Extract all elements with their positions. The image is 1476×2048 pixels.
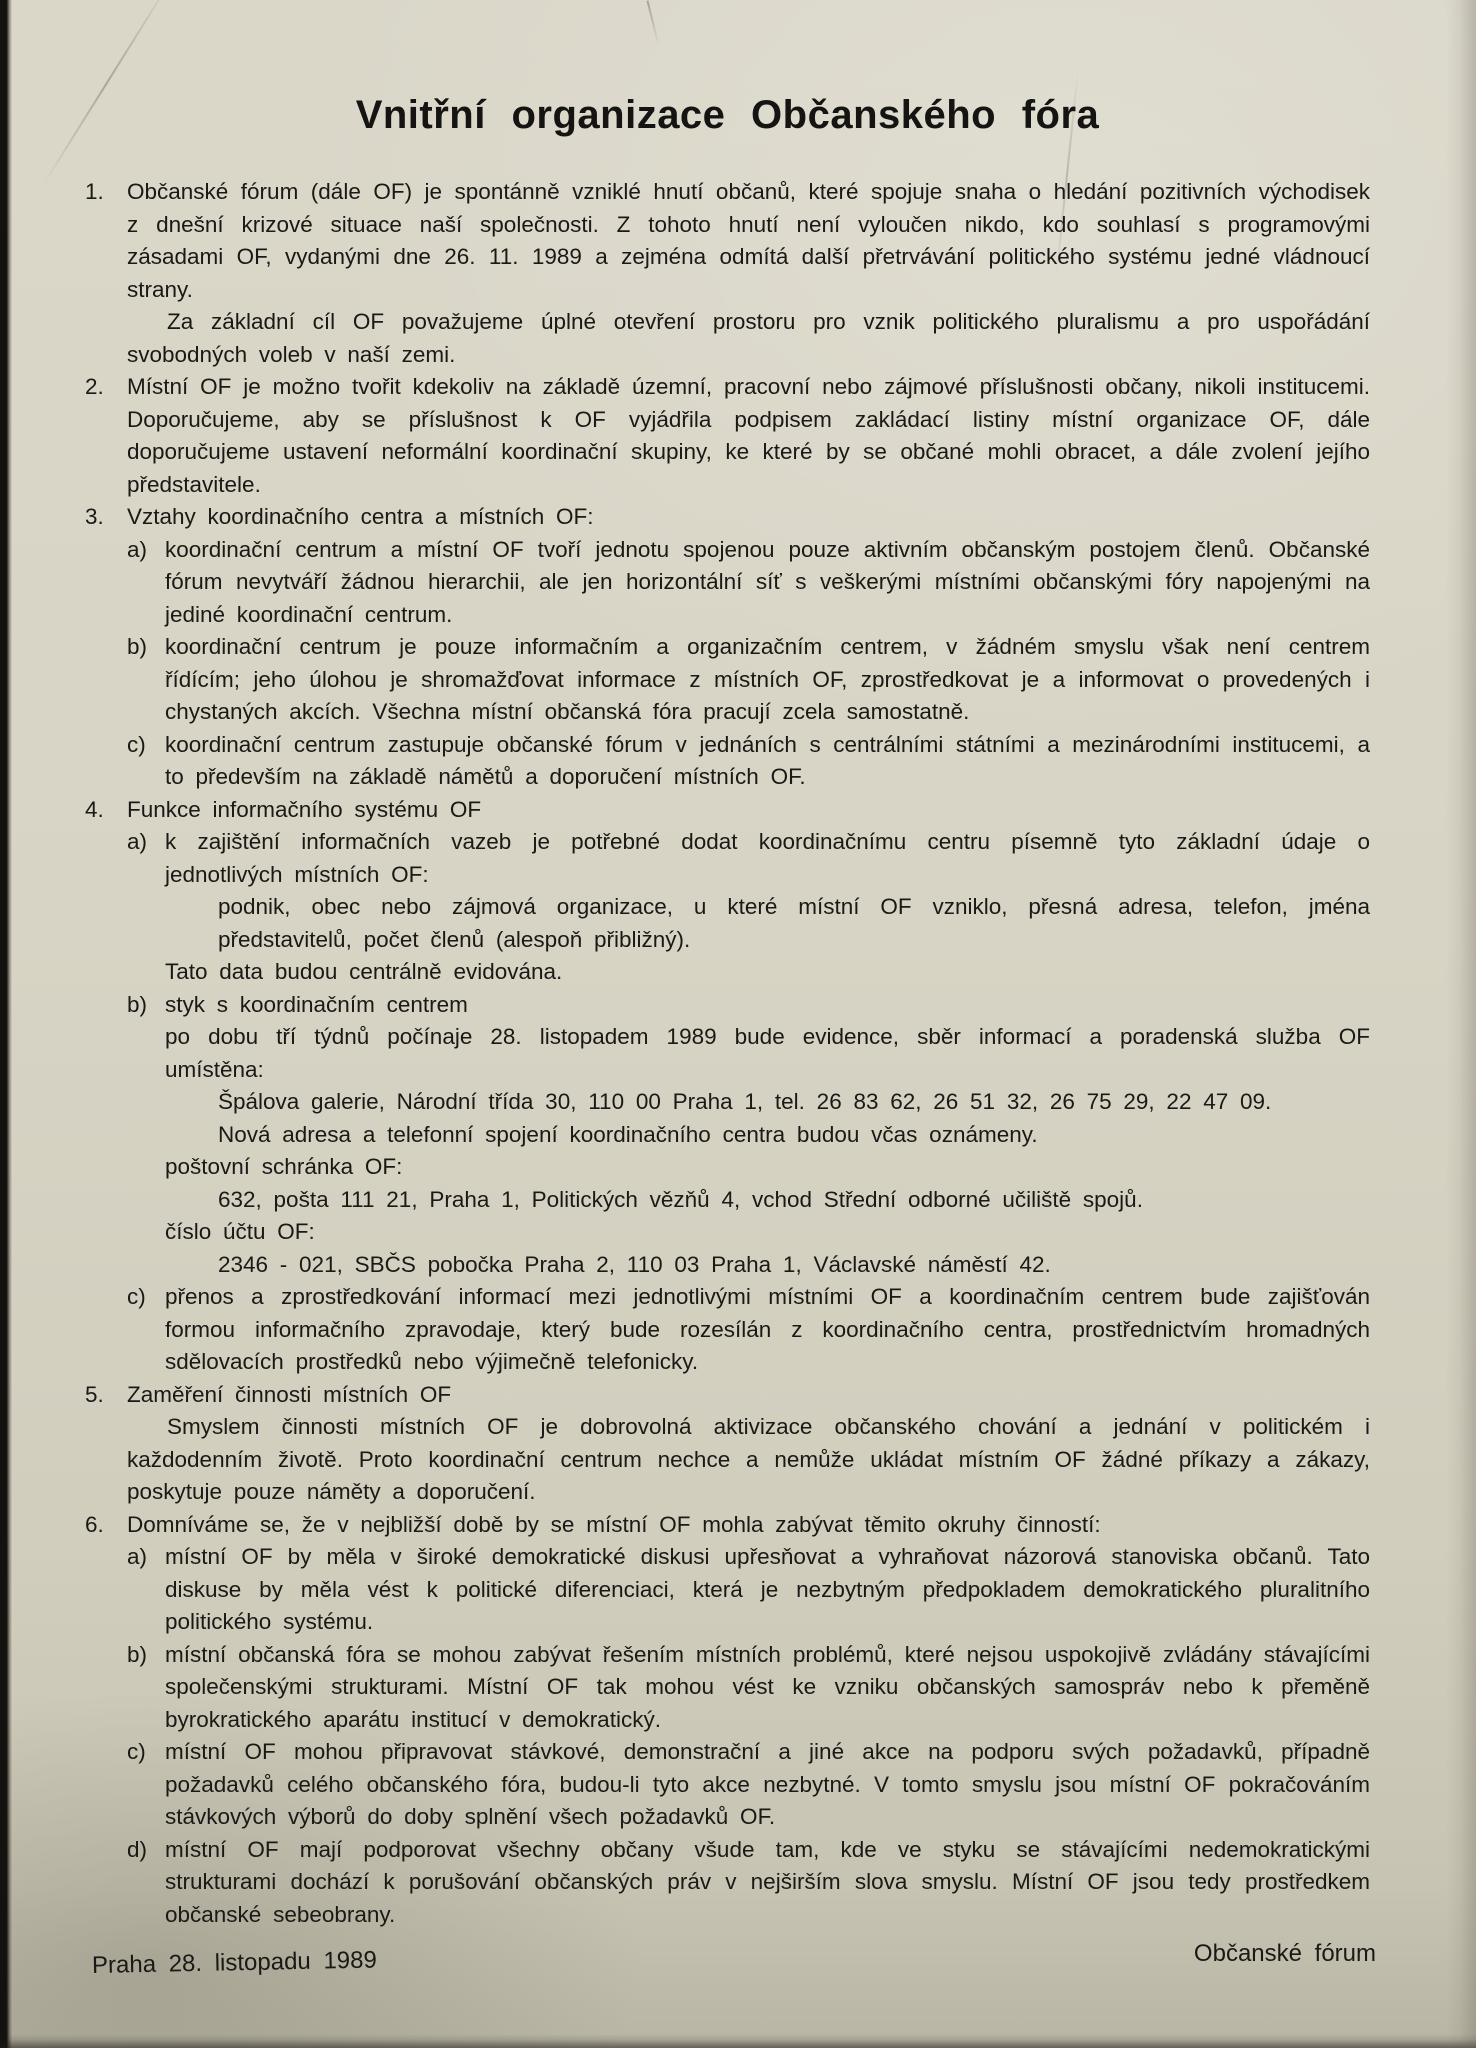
doc-paragraph: po dobu tří týdnů počínaje 28. listopade… <box>85 1021 1370 1086</box>
item-marker: 3. <box>85 501 104 534</box>
scan-edge-right <box>1446 0 1476 2048</box>
paragraph-text: místní OF mají podporovat všechny občany… <box>165 1837 1370 1927</box>
doc-paragraph: Nová adresa a telefonní spojení koordina… <box>85 1119 1370 1152</box>
doc-paragraph: a)k zajištění informačních vazeb je potř… <box>85 826 1370 891</box>
doc-paragraph: 2.Místní OF je možno tvořit kdekoliv na … <box>85 371 1370 501</box>
footer-signature: Občanské fórum <box>1194 1940 1376 1968</box>
doc-paragraph: poštovní schránka OF: <box>85 1151 1370 1184</box>
paper-crease <box>646 0 659 45</box>
item-marker: c) <box>127 729 146 762</box>
paragraph-text: místní občanská fóra se mohou zabývat ře… <box>165 1642 1370 1732</box>
doc-paragraph: 6.Domníváme se, že v nejbližší době by s… <box>85 1509 1370 1542</box>
paragraph-text: koordinační centrum zastupuje občanské f… <box>165 732 1370 790</box>
item-marker: a) <box>127 826 147 859</box>
doc-paragraph: a)místní OF by měla v široké demokratick… <box>85 1541 1370 1639</box>
paragraph-text: Tato data budou centrálně evidována. <box>165 959 562 984</box>
paragraph-text: Vztahy koordinačního centra a místních O… <box>127 504 593 529</box>
doc-paragraph: b)koordinační centrum je pouze informačn… <box>85 631 1370 729</box>
paragraph-text: Funkce informačního systému OF <box>127 797 481 822</box>
doc-paragraph: b)styk s koordinačním centrem <box>85 989 1370 1022</box>
doc-paragraph: 1.Občanské fórum (dále OF) je spontánně … <box>85 176 1370 306</box>
item-marker: c) <box>127 1736 146 1769</box>
item-marker: d) <box>127 1834 147 1867</box>
doc-paragraph: c)přenos a zprostředkování informací mez… <box>85 1281 1370 1379</box>
paragraph-text: Zaměření činnosti místních OF <box>127 1382 451 1407</box>
item-marker: 1. <box>85 176 104 209</box>
doc-paragraph: c)koordinační centrum zastupuje občanské… <box>85 729 1370 794</box>
scanned-document-page: Vnitřní organizace Občanského fóra 1.Obč… <box>0 0 1476 2048</box>
item-marker: a) <box>127 534 147 567</box>
paragraph-text: místní OF by měla v široké demokratické … <box>165 1544 1370 1634</box>
doc-paragraph: 2346 - 021, SBČS pobočka Praha 2, 110 03… <box>85 1249 1370 1282</box>
doc-paragraph: b)místní občanská fóra se mohou zabývat … <box>85 1639 1370 1737</box>
doc-paragraph: Za základní cíl OF považujeme úplné otev… <box>85 306 1370 371</box>
paragraph-text: místní OF mohou připravovat stávkové, de… <box>165 1739 1370 1829</box>
paragraph-text: k zajištění informačních vazeb je potřeb… <box>165 829 1370 887</box>
doc-paragraph: 5.Zaměření činnosti místních OF <box>85 1379 1370 1412</box>
item-marker: c) <box>127 1281 146 1314</box>
doc-paragraph: Smyslem činnosti místních OF je dobrovol… <box>85 1411 1370 1509</box>
doc-paragraph: d)místní OF mají podporovat všechny obča… <box>85 1834 1370 1932</box>
paragraph-text: přenos a zprostředkování informací mezi … <box>165 1284 1370 1374</box>
doc-paragraph: 632, pošta 111 21, Praha 1, Politických … <box>85 1184 1370 1217</box>
paragraph-text: číslo účtu OF: <box>165 1219 315 1244</box>
item-marker: a) <box>127 1541 147 1574</box>
doc-blocks: 1.Občanské fórum (dále OF) je spontánně … <box>85 176 1370 1931</box>
paragraph-text: podnik, obec nebo zájmová organizace, u … <box>218 894 1370 952</box>
item-marker: 6. <box>85 1509 104 1542</box>
footer-place-date: Praha 28. listopadu 1989 <box>92 1947 377 1980</box>
doc-paragraph: a)koordinační centrum a místní OF tvoří … <box>85 534 1370 632</box>
paragraph-text: po dobu tří týdnů počínaje 28. listopade… <box>165 1024 1370 1082</box>
item-marker: 5. <box>85 1379 104 1412</box>
doc-paragraph: Tato data budou centrálně evidována. <box>85 956 1370 989</box>
paragraph-text: Domníváme se, že v nejbližší době by se … <box>127 1512 1101 1537</box>
paragraph-text: Za základní cíl OF považujeme úplné otev… <box>127 309 1370 367</box>
paragraph-text: poštovní schránka OF: <box>165 1154 402 1179</box>
scan-edge-bottom <box>0 2034 1476 2048</box>
doc-paragraph: číslo účtu OF: <box>85 1216 1370 1249</box>
doc-paragraph: c)místní OF mohou připravovat stávkové, … <box>85 1736 1370 1834</box>
doc-paragraph: podnik, obec nebo zájmová organizace, u … <box>85 891 1370 956</box>
item-marker: b) <box>127 631 147 664</box>
doc-paragraph: Špálova galerie, Národní třída 30, 110 0… <box>85 1086 1370 1119</box>
doc-paragraph: 4.Funkce informačního systému OF <box>85 794 1370 827</box>
paragraph-text: 2346 - 021, SBČS pobočka Praha 2, 110 03… <box>218 1252 1051 1277</box>
item-marker: b) <box>127 989 147 1022</box>
paragraph-text: styk s koordinačním centrem <box>165 992 468 1017</box>
paragraph-text: Místní OF je možno tvořit kdekoliv na zá… <box>127 374 1370 497</box>
scan-edge-left <box>0 0 12 2048</box>
paragraph-text: koordinační centrum a místní OF tvoří je… <box>165 537 1370 627</box>
item-marker: 2. <box>85 371 104 404</box>
paragraph-text: Nová adresa a telefonní spojení koordina… <box>218 1122 1038 1147</box>
paragraph-text: Špálova galerie, Národní třída 30, 110 0… <box>218 1089 1271 1114</box>
item-marker: b) <box>127 1639 147 1672</box>
paragraph-text: Občanské fórum (dále OF) je spontánně vz… <box>127 179 1370 302</box>
document-title: Vnitřní organizace Občanského fóra <box>85 93 1370 138</box>
paragraph-text: 632, pošta 111 21, Praha 1, Politických … <box>218 1187 1143 1212</box>
paragraph-text: Smyslem činnosti místních OF je dobrovol… <box>127 1414 1370 1504</box>
paragraph-text: koordinační centrum je pouze informačním… <box>165 634 1370 724</box>
doc-paragraph: 3.Vztahy koordinačního centra a místních… <box>85 501 1370 534</box>
item-marker: 4. <box>85 794 104 827</box>
